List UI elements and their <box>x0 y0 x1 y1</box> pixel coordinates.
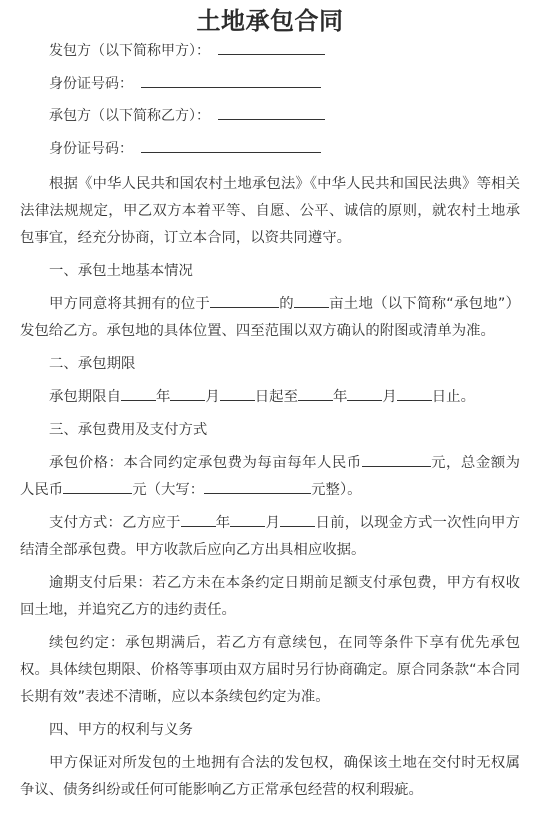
section-2-heading: 二、承包期限 <box>20 351 520 378</box>
month-unit: 月 <box>265 515 280 531</box>
party-b-id-label: 身份证号码： <box>49 141 133 157</box>
pay-year-blank[interactable] <box>181 513 216 527</box>
land-area-blank[interactable] <box>294 294 329 308</box>
month-unit: 月 <box>382 389 396 405</box>
start-month-blank[interactable] <box>170 387 205 401</box>
price-paragraph: 承包价格：本合同约定承包费为每亩每年人民币元，总金额为人民币元（大写：元整）。 <box>20 450 520 504</box>
term-paragraph: 承包期限自年月日起至年月日止。 <box>20 384 520 411</box>
end-day-blank[interactable] <box>397 387 432 401</box>
land-location-blank[interactable] <box>210 294 279 308</box>
land-text-1: 甲方同意将其拥有的位于 <box>49 296 210 312</box>
overdue-paragraph: 逾期支付后果：若乙方未在本条约定日期前足额支付承包费，甲方有权收回土地，并追究乙… <box>20 570 520 624</box>
total-amount-blank[interactable] <box>63 480 132 494</box>
year-unit: 年 <box>156 389 170 405</box>
end-month-blank[interactable] <box>347 387 382 401</box>
start-suffix: 日起至 <box>255 389 298 405</box>
year-unit: 年 <box>333 389 347 405</box>
party-b-id-blank[interactable] <box>141 139 321 153</box>
start-year-blank[interactable] <box>121 387 156 401</box>
party-a-blank[interactable] <box>218 41 325 55</box>
total-upper-blank[interactable] <box>204 480 311 494</box>
party-a-label: 发包方（以下简称甲方）： <box>49 43 210 59</box>
payment-paragraph: 支付方式：乙方应于年月日前，以现金方式一次性向甲方结清全部承包费。甲方收款后应向… <box>20 510 520 564</box>
pay-day-blank[interactable] <box>280 513 315 527</box>
document-title: 土地承包合同 <box>0 0 540 40</box>
party-a-id-field: 身份证号码： <box>20 73 520 106</box>
section-3-heading: 三、承包费用及支付方式 <box>20 417 520 444</box>
party-b-id-field: 身份证号码： <box>20 138 520 171</box>
term-text: 承包期限自 <box>49 389 121 405</box>
party-a-id-blank[interactable] <box>141 74 321 88</box>
land-paragraph: 甲方同意将其拥有的位于的亩土地（以下简称“承包地”）发包给乙方。承包地的具体位置… <box>20 291 520 345</box>
end-year-blank[interactable] <box>298 387 333 401</box>
party-a-field: 发包方（以下简称甲方）： <box>20 40 520 73</box>
end-suffix: 日止。 <box>432 389 475 405</box>
price-per-mu-blank[interactable] <box>362 453 431 467</box>
year-unit: 年 <box>216 515 231 531</box>
party-a-id-label: 身份证号码： <box>49 76 133 92</box>
party-b-label: 承包方（以下简称乙方）： <box>49 108 210 124</box>
price-text-3: 元（大写： <box>132 482 204 498</box>
price-text-4: 元整）。 <box>311 482 361 498</box>
land-text-2: 的 <box>279 296 294 312</box>
pay-month-blank[interactable] <box>230 513 265 527</box>
month-unit: 月 <box>205 389 219 405</box>
start-day-blank[interactable] <box>220 387 255 401</box>
party-b-field: 承包方（以下简称乙方）： <box>20 105 520 138</box>
contract-document: 土地承包合同 发包方（以下简称甲方）： 身份证号码： 承包方（以下简称乙方）： … <box>20 0 520 810</box>
section-1-heading: 一、承包土地基本情况 <box>20 258 520 285</box>
renewal-paragraph: 续包约定：承包期满后，若乙方有意续包，在同等条件下享有优先承包权。具体续包期限、… <box>20 630 520 711</box>
price-text-1: 承包价格：本合同约定承包费为每亩每年人民币 <box>49 455 362 471</box>
payment-text-1: 支付方式：乙方应于 <box>49 515 181 531</box>
party-b-blank[interactable] <box>218 106 325 120</box>
party-a-rights-paragraph: 甲方保证对所发包的土地拥有合法的发包权，确保该土地在交付时无权属争议、债务纠纷或… <box>20 750 520 804</box>
preamble-paragraph: 根据《中华人民共和国农村土地承包法》《中华人民共和国民法典》等相关法律法规规定，… <box>20 171 520 252</box>
section-4-heading: 四、甲方的权利与义务 <box>20 717 520 744</box>
